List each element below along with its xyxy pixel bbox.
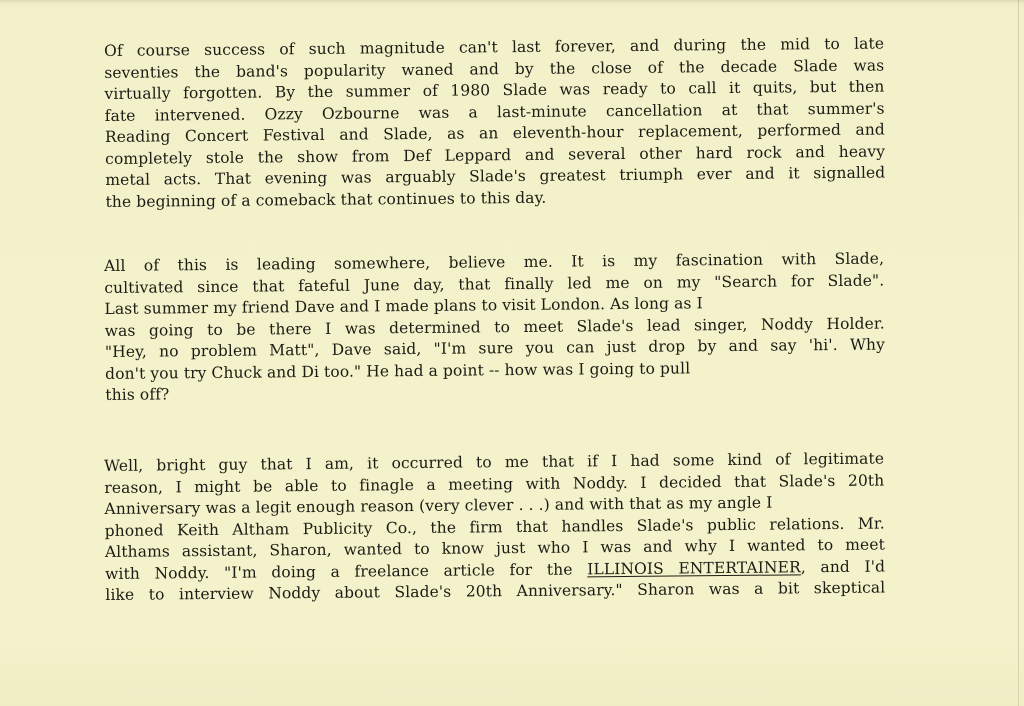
- paragraph-finagle-meeting: Well, bright guy that I am, it occurred …: [104, 449, 885, 607]
- publication-title: ILLINOIS ENTERTAINER: [587, 558, 801, 578]
- text-segment: , and I'd: [801, 557, 885, 576]
- page-edge-line: [1018, 0, 1019, 706]
- text-segment: with Noddy. "I'm doing a freelance artic…: [105, 560, 587, 583]
- paragraph-comeback: Of course success of such magnitude can'…: [104, 34, 886, 213]
- paragraph-search-for-slade: All of this is leading somewhere, believ…: [104, 249, 885, 407]
- page-bottom-shade: [0, 636, 1024, 706]
- scanned-page: Of course success of such magnitude can'…: [0, 0, 1024, 706]
